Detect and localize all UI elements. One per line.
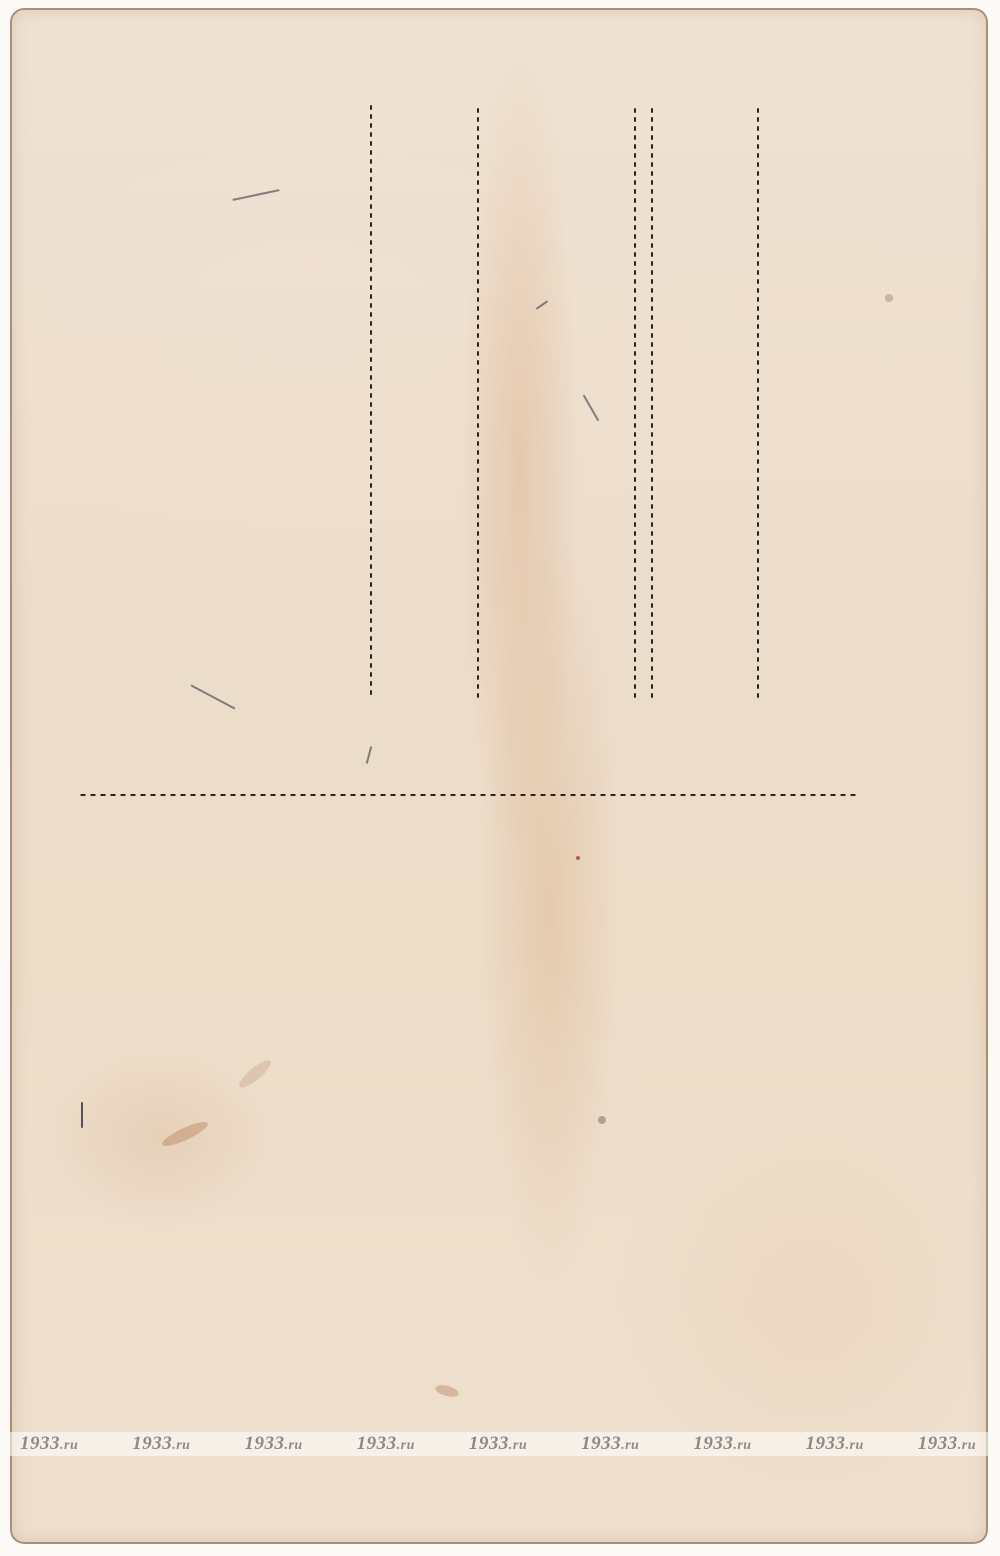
dotted-line-vertical-1 xyxy=(370,103,372,695)
dotted-line-vertical-4 xyxy=(651,106,653,698)
watermark-text: 1933.ru xyxy=(469,1433,527,1455)
stain xyxy=(160,1118,210,1150)
stain xyxy=(576,856,580,860)
stain xyxy=(885,294,893,302)
pencil-mark xyxy=(190,684,235,709)
pencil-mark xyxy=(583,395,600,422)
dotted-line-vertical-5 xyxy=(757,106,759,698)
watermark-text: 1933.ru xyxy=(918,1433,976,1455)
stain xyxy=(598,1116,606,1124)
watermark-text: 1933.ru xyxy=(693,1433,751,1455)
watermark-text: 1933.ru xyxy=(132,1433,190,1455)
pencil-mark xyxy=(536,300,549,310)
dotted-line-vertical-2 xyxy=(477,106,479,698)
ink-mark xyxy=(81,1102,83,1128)
watermark-text: 1933.ru xyxy=(581,1433,639,1455)
watermark-text: 1933.ru xyxy=(357,1433,415,1455)
dotted-line-horizontal xyxy=(78,794,860,796)
stain xyxy=(434,1383,460,1399)
stain xyxy=(236,1057,274,1092)
watermark-text: 1933.ru xyxy=(244,1433,302,1455)
pencil-mark xyxy=(232,189,279,201)
watermark-text: 1933.ru xyxy=(806,1433,864,1455)
watermark-band: 1933.ru 1933.ru 1933.ru 1933.ru 1933.ru … xyxy=(10,1432,988,1456)
pencil-mark xyxy=(366,746,373,764)
postcard-back xyxy=(10,8,988,1544)
watermark-text: 1933.ru xyxy=(20,1433,78,1455)
dotted-line-vertical-3 xyxy=(634,106,636,698)
